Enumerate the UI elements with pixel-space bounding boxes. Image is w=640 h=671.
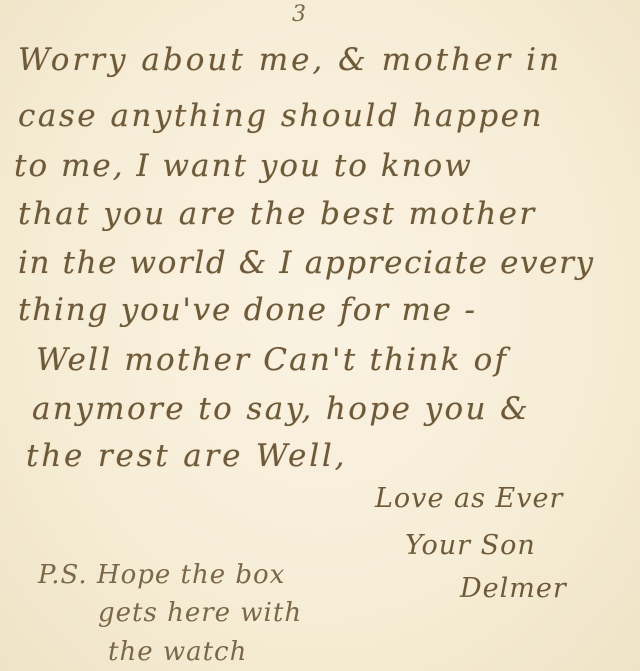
body-line: anymore to say, hope you & <box>32 391 530 427</box>
body-line: Worry about me, & mother in <box>18 42 562 78</box>
body-line: case anything should happen <box>18 98 544 134</box>
body-line: Well mother Can't think of <box>36 342 508 378</box>
body-line: to me, I want you to know <box>14 148 473 184</box>
postscript-line: P.S. Hope the box <box>38 560 285 590</box>
page-number: 3 <box>292 2 306 27</box>
postscript-line: gets here with <box>98 598 302 628</box>
body-line: thing you've done for me - <box>18 292 477 328</box>
closing-relation: Your Son <box>405 530 536 561</box>
letter-page: 3 Worry about me, & mother in case anyth… <box>0 0 640 671</box>
postscript-line: the watch <box>108 637 247 667</box>
body-line: in the world & I appreciate every <box>18 245 595 281</box>
body-line: the rest are Well, <box>26 438 347 474</box>
signature: Delmer <box>460 573 567 604</box>
body-line: that you are the best mother <box>18 196 537 232</box>
closing-salutation: Love as Ever <box>375 483 563 514</box>
